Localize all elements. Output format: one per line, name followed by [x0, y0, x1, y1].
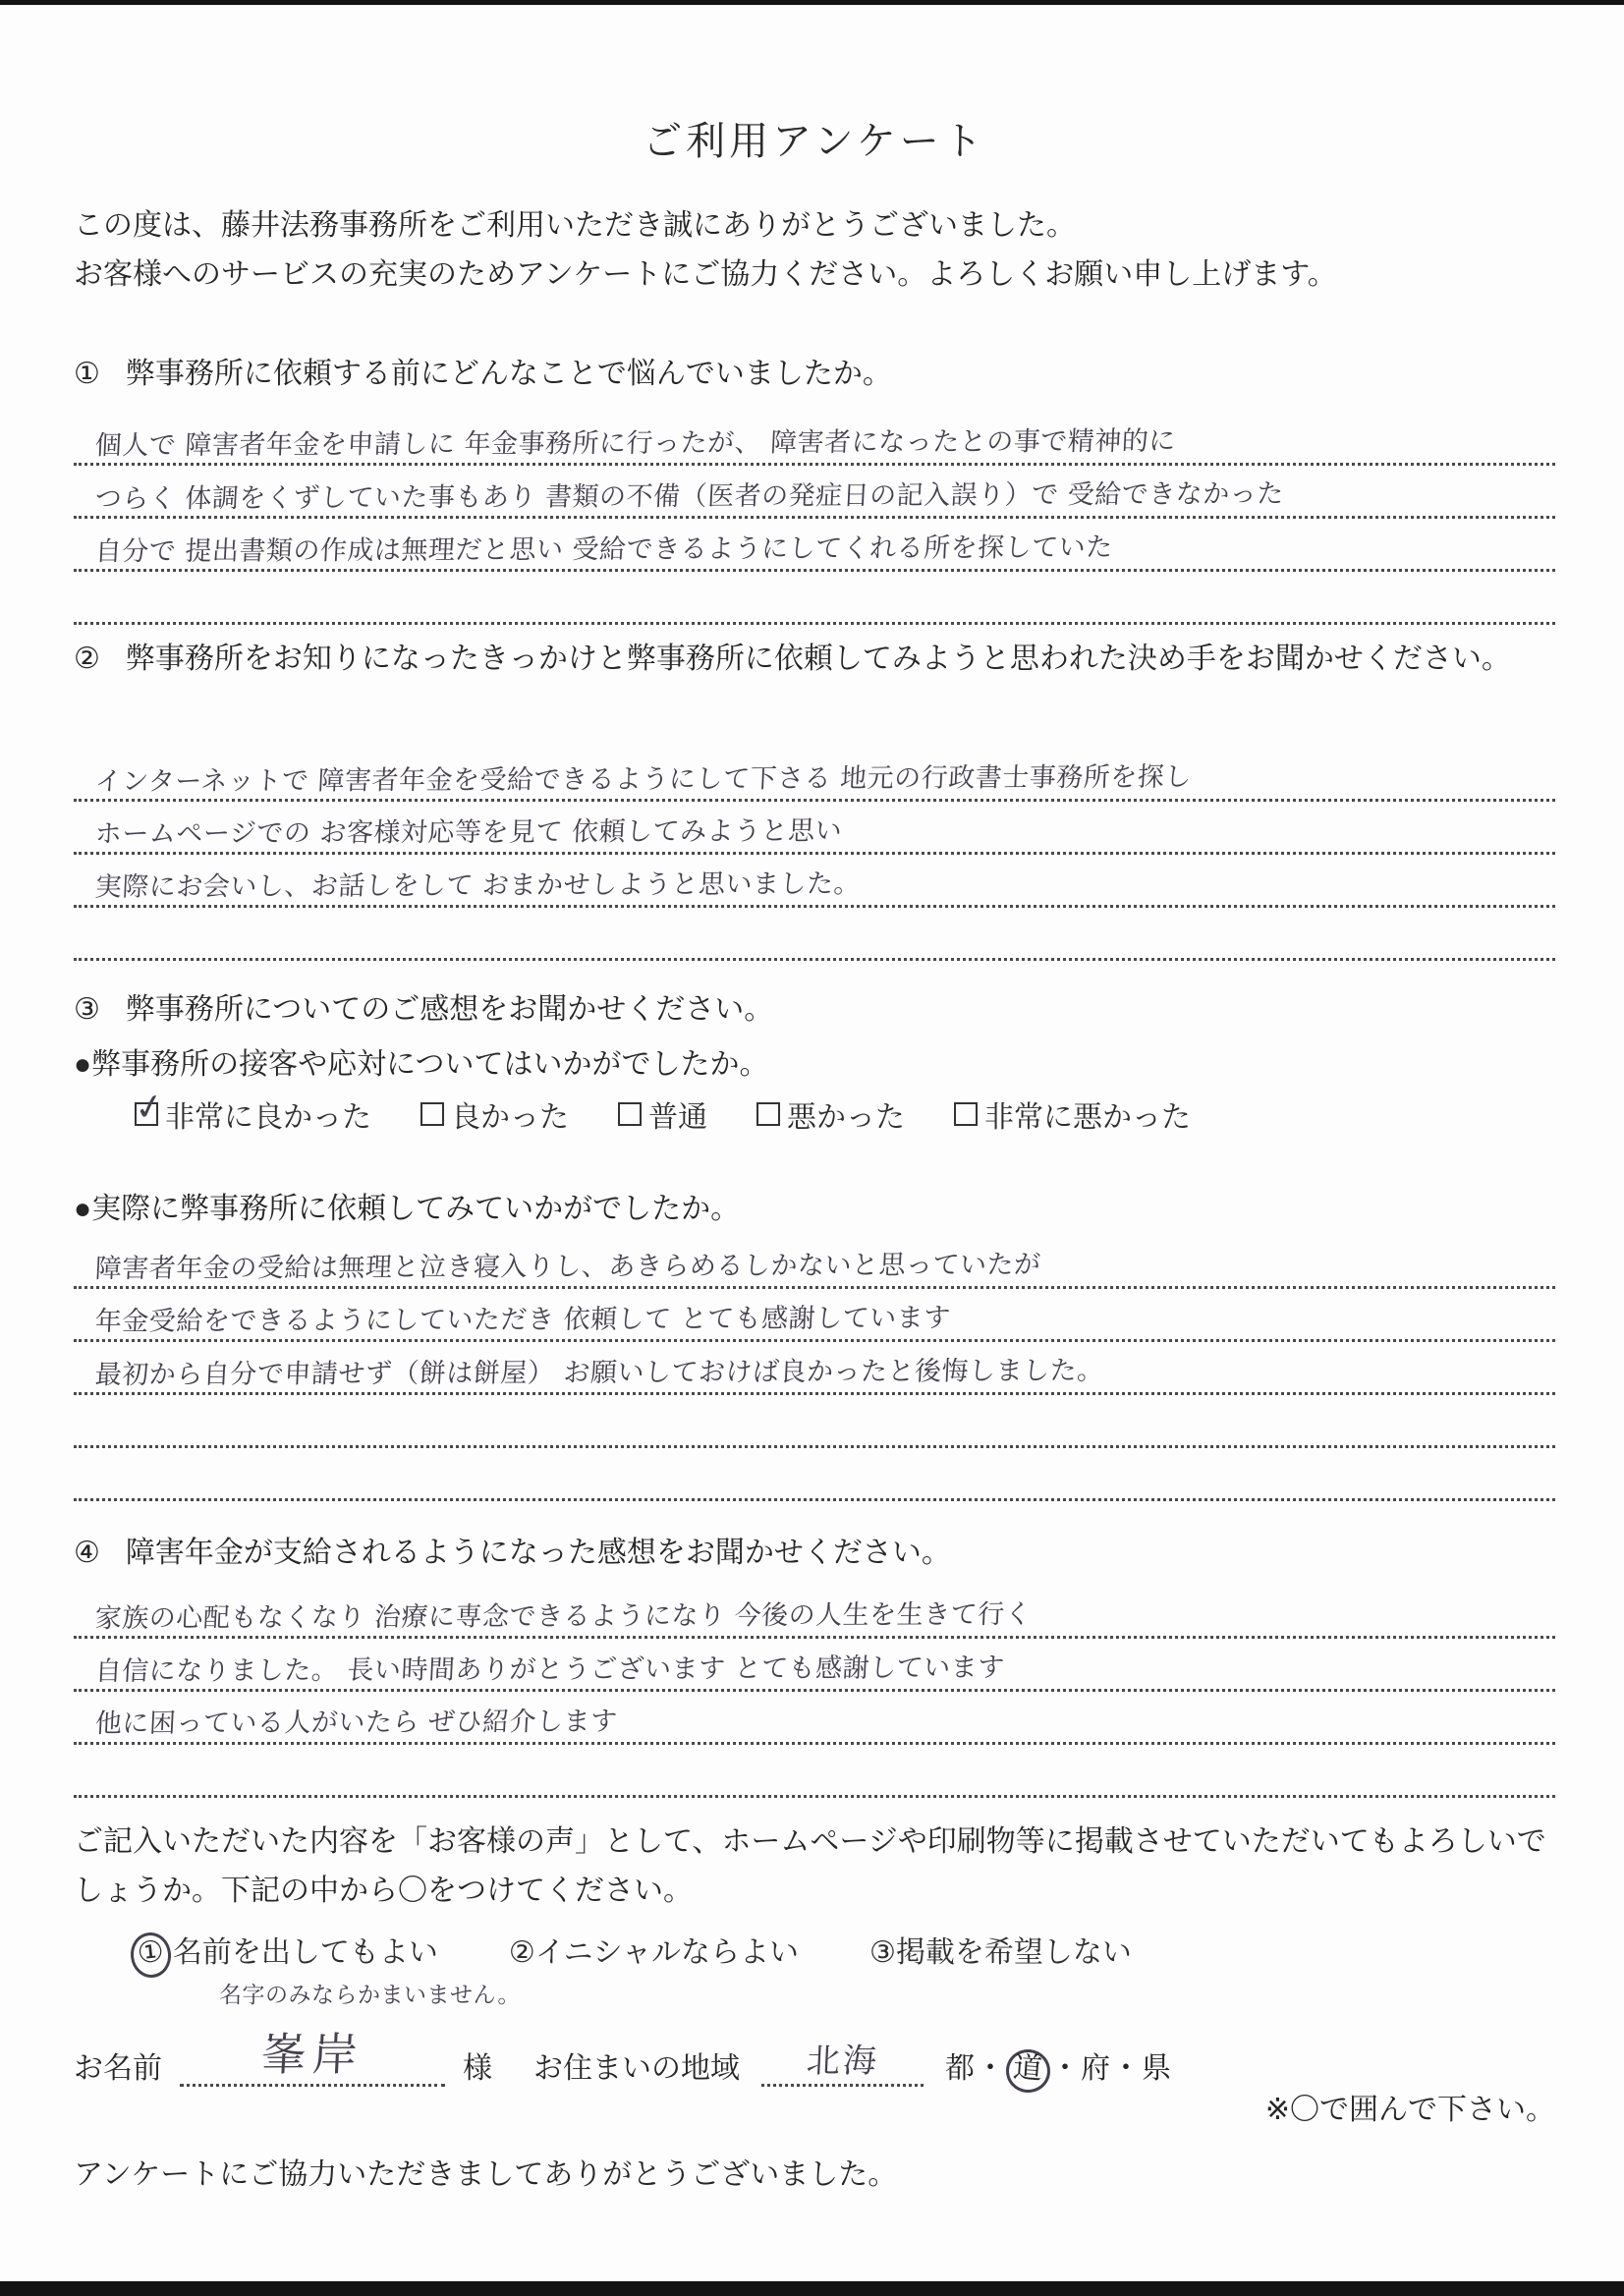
question-1-text: 弊事務所に依頼する前にどんなことで悩んでいましたか。 — [126, 358, 892, 390]
answer-line[interactable]: 実際にお会いし、お話しをして おまかせしようと思いました。 — [74, 855, 1555, 908]
checkbox[interactable]: ✓ — [135, 1102, 158, 1126]
question-2-answer-area: インターネットで 障害者年金を受給できるようにして下さる 地元の行政書士事務所を… — [74, 749, 1555, 961]
option-number: ② — [509, 1935, 535, 1970]
consent-paragraph: ご記入いただいた内容を「お客様の声」として、ホームページや印刷物等に掲載させてい… — [74, 1818, 1555, 1916]
intro-line-1: この度は、藤井法務事務所をご利用いただき誠にありがとうございました。 — [74, 201, 1555, 251]
check-icon: ✓ — [132, 1089, 167, 1129]
answer-line[interactable] — [74, 1448, 1555, 1501]
question-4-answer-area: 家族の心配もなくなり 治療に専念できるようになり 今後の人生を生きて行く 自信に… — [74, 1586, 1555, 1798]
handwritten-region: 北海 — [805, 2034, 879, 2084]
region-unit-selected: 道 — [1012, 2050, 1044, 2085]
name-label: お名前 — [74, 2044, 162, 2087]
intro-paragraph: この度は、藤井法務事務所をご利用いただき誠にありがとうございました。 お客様への… — [74, 201, 1555, 300]
rating-option-bad[interactable]: 悪かった — [756, 1092, 905, 1136]
option-label: 掲載を希望しない — [896, 1928, 1132, 1971]
question-3-answer-area: 障害者年金の受給は無理と泣き寝入りし、あきらめるしかないと思っていたが 年金受給… — [74, 1236, 1555, 1501]
rating-label: 良かった — [451, 1092, 569, 1136]
region-unit-choices[interactable]: 都・道・府・県 — [945, 2044, 1172, 2088]
rating-option-normal[interactable]: 普通 — [618, 1092, 707, 1136]
signature-row: お名前 峯岸 様 お住まいの地域 北海 都・道・府・県 — [74, 2026, 1555, 2087]
name-field[interactable]: 峯岸 — [180, 2026, 445, 2087]
consent-options-row: ①名前を出してもよい ②イニシャルならよい ③掲載を希望しない — [74, 1928, 1555, 1972]
answer-line[interactable] — [74, 1745, 1555, 1798]
rating-label: 悪かった — [787, 1092, 905, 1136]
consent-handwritten-note: 名字のみならかまいません。 — [74, 1977, 1555, 2009]
answer-line[interactable] — [74, 908, 1555, 961]
answer-line[interactable]: 自信になりました。 長い時間ありがとうございます とても感謝しています — [74, 1639, 1555, 1692]
handwritten-answer: 個人で 障害者年金を申請しに 年金事務所に行ったが、 障害者になったとの事で精神… — [94, 420, 1177, 466]
handwritten-answer: ホームページでの お客様対応等を見て 依頼してみようと思い — [94, 809, 843, 853]
answer-line[interactable]: つらく 体調をくずしていた事もあり 書類の不備（医者の発症日の記入誤り）で 受給… — [74, 466, 1555, 519]
answer-line[interactable]: インターネットで 障害者年金を受給できるようにして下さる 地元の行政書士事務所を… — [74, 749, 1555, 802]
answer-line[interactable]: 年金受給をできるようにしていただき 依頼して とても感謝しています — [74, 1289, 1555, 1342]
region-label: お住まいの地域 — [533, 2044, 740, 2087]
question-2-heading: ②弊事務所をお知りになったきっかけと弊事務所に依頼してみようと思われた決め手をお… — [74, 637, 1555, 682]
answer-line[interactable]: 他に困っている人がいたら ぜひ紹介します — [74, 1692, 1555, 1745]
handwritten-answer: つらく 体調をくずしていた事もあり 書類の不備（医者の発症日の記入誤り）で 受給… — [94, 472, 1285, 518]
question-3-heading: ③弊事務所についてのご感想をお聞かせください。 — [74, 987, 1555, 1033]
intro-line-2: お客様へのサービスの充実のためアンケートにご協力ください。よろしくお願い申し上げ… — [74, 251, 1555, 300]
handwritten-answer: 自信になりました。 長い時間ありがとうございます とても感謝しています — [94, 1646, 1006, 1691]
question-3-sub-experience: ●実際に弊事務所に依頼してみていかがでしたか。 — [74, 1184, 1555, 1227]
survey-form-page: ご利用アンケート この度は、藤井法務事務所をご利用いただき誠にありがとうございま… — [0, 0, 1624, 2296]
consent-option-no-publish[interactable]: ③掲載を希望しない — [869, 1928, 1132, 1971]
rating-label: 非常に良かった — [165, 1092, 371, 1136]
option-number: ① — [136, 1935, 165, 1971]
rating-option-very-good[interactable]: ✓ 非常に良かった — [135, 1092, 371, 1136]
question-4-number: ④ — [74, 1531, 100, 1576]
scan-edge-bottom — [0, 2281, 1624, 2296]
handwritten-answer: 年金受給をできるようにしていただき 依頼して とても感謝しています — [94, 1296, 952, 1341]
answer-line[interactable]: 障害者年金の受給は無理と泣き寝入りし、あきらめるしかないと思っていたが — [74, 1236, 1555, 1289]
question-2-text: 弊事務所をお知りになったきっかけと弊事務所に依頼してみようと思われた決め手をお聞… — [126, 643, 1511, 675]
handwritten-selection-circle: ① — [129, 1931, 173, 1980]
handwritten-name: 峯岸 — [259, 2019, 364, 2084]
handwritten-answer: インターネットで 障害者年金を受給できるようにして下さる 地元の行政書士事務所を… — [94, 756, 1193, 802]
name-suffix: 様 — [463, 2044, 492, 2087]
rating-label: 非常に悪かった — [984, 1092, 1191, 1136]
handwritten-answer: 実際にお会いし、お話しをして おまかせしようと思いました。 — [94, 862, 862, 906]
checkbox[interactable] — [618, 1102, 642, 1126]
handwritten-answer: 障害者年金の受給は無理と泣き寝入りし、あきらめるしかないと思っていたが — [94, 1243, 1042, 1288]
question-3-sub-reception: ●弊事務所の接客や応対についてはいかがでしたか。 — [74, 1039, 1555, 1083]
checkbox[interactable] — [756, 1102, 780, 1126]
question-1-number: ① — [74, 352, 100, 397]
handwritten-answer: 家族の心配もなくなり 治療に専念できるようになり 今後の人生を生きて行く — [94, 1593, 1033, 1638]
page-title: ご利用アンケート — [74, 110, 1555, 166]
question-3-number: ③ — [74, 987, 100, 1033]
answer-line[interactable] — [74, 1395, 1555, 1448]
question-1-heading: ①弊事務所に依頼する前にどんなことで悩んでいましたか。 — [74, 352, 1555, 397]
closing-message: アンケートにご協力いただきましてありがとうございました。 — [74, 2150, 1555, 2193]
option-label: 名前を出してもよい — [173, 1928, 438, 1971]
rating-label: 普通 — [648, 1092, 707, 1136]
answer-line[interactable]: ホームページでの お客様対応等を見て 依頼してみようと思い — [74, 802, 1555, 855]
checkbox[interactable] — [420, 1102, 444, 1126]
answer-line[interactable] — [74, 572, 1555, 625]
consent-option-show-name[interactable]: ①名前を出してもよい — [135, 1928, 438, 1972]
answer-line[interactable]: 家族の心配もなくなり 治療に専念できるようになり 今後の人生を生きて行く — [74, 1586, 1555, 1639]
region-field[interactable]: 北海 — [761, 2032, 924, 2087]
rating-option-very-bad[interactable]: 非常に悪かった — [954, 1092, 1191, 1136]
handwritten-answer: 自分で 提出書類の作成は無理だと思い 受給できるようにしてくれる所を探していた — [94, 526, 1114, 572]
checkbox[interactable] — [954, 1102, 978, 1126]
option-label: イニシャルならよい — [535, 1928, 799, 1971]
answer-line[interactable]: 最初から自分で申請せず（餅は餅屋） お願いしておけば良かったと後悔しました。 — [74, 1342, 1555, 1395]
question-4-text: 障害年金が支給されるようになった感想をお聞かせください。 — [126, 1537, 951, 1569]
question-3-text: 弊事務所についてのご感想をお聞かせください。 — [126, 993, 773, 1026]
question-1-answer-area: 個人で 障害者年金を申請しに 年金事務所に行ったが、 障害者になったとの事で精神… — [74, 413, 1555, 625]
rating-checkbox-row: ✓ 非常に良かった 良かった 普通 悪かった 非常に悪かった — [74, 1092, 1555, 1136]
scan-edge-top — [0, 0, 1624, 5]
question-4-heading: ④障害年金が支給されるようになった感想をお聞かせください。 — [74, 1531, 1555, 1576]
question-2-number: ② — [74, 637, 100, 682]
rating-option-good[interactable]: 良かった — [420, 1092, 569, 1136]
handwritten-answer: 他に困っている人がいたら ぜひ紹介します — [94, 1700, 619, 1743]
handwritten-answer: 最初から自分で申請せず（餅は餅屋） お願いしておけば良かったと後悔しました。 — [94, 1349, 1105, 1394]
answer-line[interactable]: 個人で 障害者年金を申請しに 年金事務所に行ったが、 障害者になったとの事で精神… — [74, 413, 1555, 466]
option-number: ③ — [869, 1935, 896, 1970]
answer-line[interactable]: 自分で 提出書類の作成は無理だと思い 受給できるようにしてくれる所を探していた — [74, 519, 1555, 572]
circle-instruction: ※〇で囲んで下さい。 — [74, 2085, 1555, 2128]
consent-option-initials[interactable]: ②イニシャルならよい — [509, 1928, 799, 1971]
